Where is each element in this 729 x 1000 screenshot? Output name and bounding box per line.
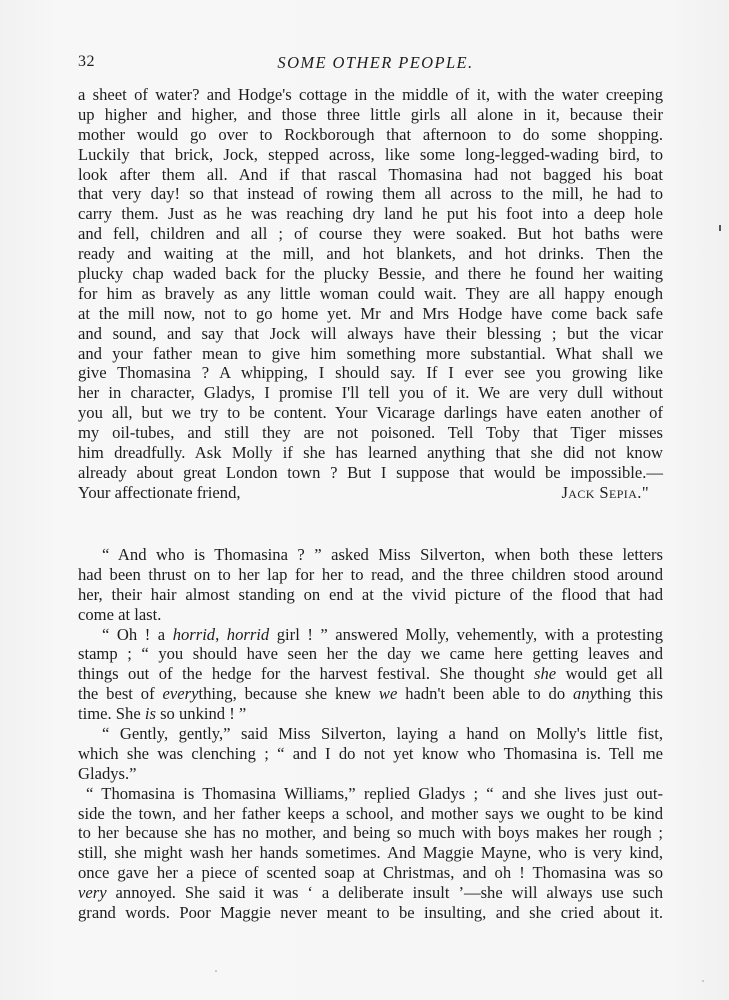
- emphasis: is: [145, 704, 156, 723]
- text-line: him dreadfully. Ask Molly if she has lea…: [78, 443, 663, 463]
- text-line: that very day! so that instead of rowing…: [78, 184, 663, 204]
- text-line: already about great London town ? But I …: [78, 463, 663, 483]
- text-line: Luckily that brick, Jock, stepped across…: [78, 145, 663, 165]
- text-run: thing, because she knew: [198, 684, 378, 703]
- text-line: things out of the hedge for the harvest …: [78, 664, 663, 684]
- running-title: SOME OTHER PEOPLE.: [78, 53, 663, 73]
- emphasis: she: [534, 664, 556, 683]
- text-line: once gave her a piece of scented soap at…: [78, 863, 663, 883]
- emphasis: horrid: [173, 625, 215, 644]
- paper-speck: [215, 970, 217, 972]
- text-line: the best of everything, because she knew…: [78, 684, 663, 704]
- signature: Jack Sepia.": [561, 483, 663, 503]
- text-line: had been thrust on to her lap for her to…: [78, 565, 663, 585]
- text-line: come at last.: [78, 605, 663, 625]
- margin-mark: [719, 225, 721, 231]
- text-line: at the mill now, not to go home yet. Mr …: [78, 304, 663, 324]
- text-line: to her because she has no mother, and be…: [78, 823, 663, 843]
- letter-closing: Your affectionate friend, Jack Sepia.": [78, 483, 663, 503]
- running-head: 32 SOME OTHER PEOPLE.: [78, 53, 663, 75]
- text-line: very annoyed. She said it was ‘ a delibe…: [78, 883, 663, 903]
- text-line: ready and waiting at the mill, and hot b…: [78, 244, 663, 264]
- text-line: grand words. Poor Maggie never meant to …: [78, 903, 663, 923]
- text-run: things out of the hedge for the harvest …: [78, 664, 534, 683]
- paper-speck: [702, 980, 704, 982]
- text-run: time. She: [78, 704, 145, 723]
- text-run: thing this: [597, 684, 663, 703]
- text-line: look after them all. And if that rascal …: [78, 165, 663, 185]
- text-line: and your father mean to give him somethi…: [78, 344, 663, 364]
- text-line: plucky chap waded back for the plucky Be…: [78, 264, 663, 284]
- text-line: carry them. Just as he was reaching dry …: [78, 204, 663, 224]
- text-line: mother would go over to Rockborough that…: [78, 125, 663, 145]
- text-run: hadn't been able to do: [397, 684, 573, 703]
- text-line: give Thomasina ? A whipping, I should sa…: [78, 363, 663, 383]
- text-line: “ And who is Thomasina ? ” asked Miss Si…: [78, 545, 663, 565]
- text-run: the best of: [78, 684, 163, 703]
- text-line: “ Oh ! a horrid, horrid girl ! ” answere…: [78, 625, 663, 645]
- text-run: ,: [215, 625, 227, 644]
- text-line: “ Thomasina is Thomasina Williams,” repl…: [78, 784, 663, 804]
- text-line: still, she might wash her hands sometime…: [78, 843, 663, 863]
- emphasis: we: [379, 684, 397, 703]
- text-line: and sound, and say that Jock will always…: [78, 324, 663, 344]
- text-run: girl ! ” answered Molly, vehemently, wit…: [269, 625, 663, 644]
- text-line: you all, but we try to be content. Your …: [78, 403, 663, 423]
- narrative-text: “ And who is Thomasina ? ” asked Miss Si…: [78, 545, 663, 923]
- emphasis: any: [573, 684, 597, 703]
- text-line: Gladys.”: [78, 764, 663, 784]
- text-line: up higher and higher, and those three li…: [78, 105, 663, 125]
- text-line: her, their hair almost standing on end a…: [78, 585, 663, 605]
- emphasis: horrid: [227, 625, 269, 644]
- text-line: and fell, children and all ; of course t…: [78, 224, 663, 244]
- book-page: 32 SOME OTHER PEOPLE. a sheet of water? …: [0, 0, 729, 1000]
- emphasis: every: [163, 684, 199, 703]
- letter-text: a sheet of water? and Hodge's cottage in…: [78, 85, 663, 503]
- text-line: her in character, Gladys, I promise I'll…: [78, 383, 663, 403]
- text-line: time. She is so unkind ! ”: [78, 704, 663, 724]
- text-line: “ Gently, gently,” said Miss Silverton, …: [78, 724, 663, 744]
- text-run: annoyed. She said it was ‘ a deliberate …: [107, 883, 663, 902]
- text-line: side the town, and her father keeps a sc…: [78, 804, 663, 824]
- emphasis: very: [78, 883, 107, 902]
- text-line: my oil-tubes, and still they are not poi…: [78, 423, 663, 443]
- text-run: would get all: [556, 664, 663, 683]
- closing-text: Your affectionate friend,: [78, 483, 241, 503]
- text-run: so unkind ! ”: [156, 704, 246, 723]
- text-line: which she was clenching ; “ and I do not…: [78, 744, 663, 764]
- text-run: “ Oh ! a: [102, 625, 173, 644]
- text-line: stamp ; “ you should have seen her the d…: [78, 644, 663, 664]
- text-line: for him as bravely as any little woman c…: [78, 284, 663, 304]
- text-line: a sheet of water? and Hodge's cottage in…: [78, 85, 663, 105]
